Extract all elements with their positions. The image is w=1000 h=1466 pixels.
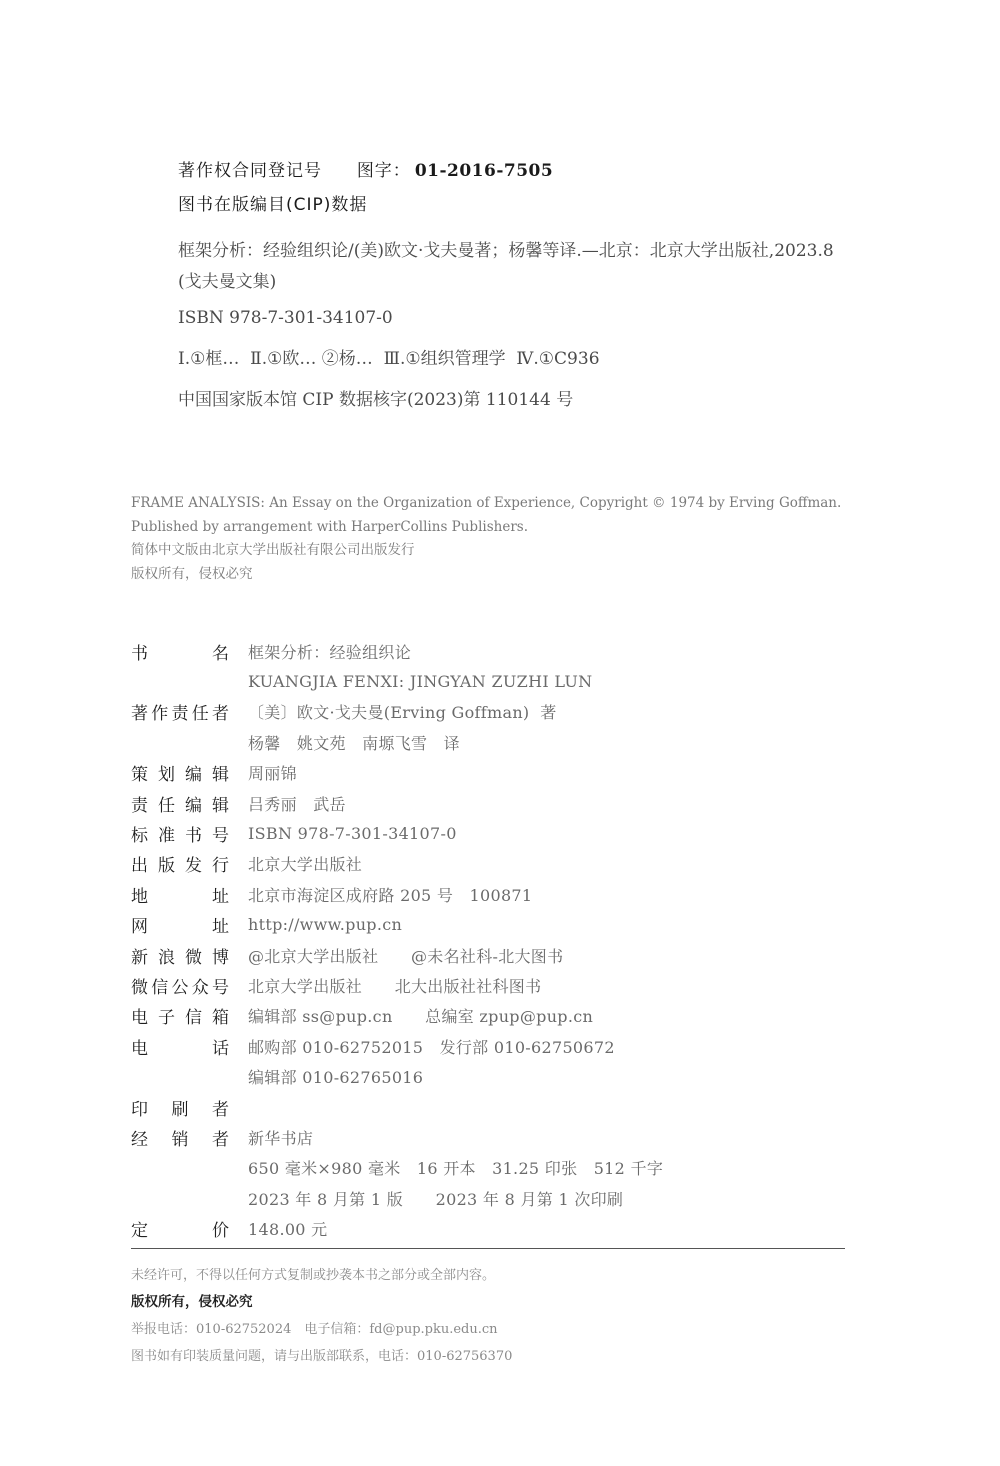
info-label: 电子信箱 — [131, 1003, 229, 1028]
info-label: 地址 — [131, 882, 229, 907]
cip-title: 图书在版编目(CIP)数据 — [178, 190, 367, 215]
info-row: 策划编辑周丽锦 — [131, 758, 663, 788]
info-label: 定价 — [131, 1216, 229, 1241]
info-row: 责任编辑吕秀丽 武岳 — [131, 788, 663, 818]
info-label: 经销者 — [131, 1125, 229, 1150]
copyright-page: 著作权合同登记号 图字：01-2016-7505 图书在版编目(CIP)数据 框… — [0, 0, 1000, 1466]
info-label: 新浪微博 — [131, 943, 229, 968]
info-value: 2023 年 8 月第 1 版 2023 年 8 月第 1 次印刷 — [248, 1187, 623, 1210]
info-row: 经销者新华书店 — [131, 1122, 663, 1152]
info-row: 新浪微博@北京大学出版社 @未名社科-北大图书 — [131, 940, 663, 970]
registration-number: 01-2016-7505 — [415, 161, 553, 181]
info-label: 责任编辑 — [131, 791, 229, 816]
info-value: 框架分析：经验组织论 — [248, 640, 411, 663]
cip-isbn: ISBN 978-7-301-34107-0 — [131, 303, 845, 334]
info-row: 著作责任者〔美〕欧文·戈夫曼(Erving Goffman) 著 — [131, 697, 663, 727]
info-value: 吕秀丽 武岳 — [248, 792, 346, 815]
info-row: KUANGJIA FENXI: JINGYAN ZUZHI LUN — [131, 666, 663, 696]
info-row: 印刷者 — [131, 1092, 663, 1122]
info-value: 编辑部 ss@pup.cn 总编室 zpup@pup.cn — [248, 1004, 593, 1027]
info-row: 出版发行北京大学出版社 — [131, 849, 663, 879]
info-value: http://www.pup.cn — [248, 915, 402, 934]
info-label: 策划编辑 — [131, 760, 229, 785]
info-value: 650 毫米×980 毫米 16 开本 31.25 印张 512 千字 — [248, 1156, 663, 1179]
info-label: 出版发行 — [131, 851, 229, 876]
rights-notice: 版权所有，侵权必究 — [131, 1289, 512, 1316]
info-row: 网址http://www.pup.cn — [131, 910, 663, 940]
cip-main-entry: 框架分析：经验组织论/(美)欧文·戈夫曼著；杨馨等译.—北京：北京大学出版社,2… — [131, 236, 845, 267]
info-label: 著作责任者 — [131, 699, 229, 724]
info-label: 网址 — [131, 912, 229, 937]
info-value: 编辑部 010-62765016 — [248, 1065, 423, 1088]
info-row: 地址北京市海淀区成府路 205 号 100871 — [131, 879, 663, 909]
divider — [131, 1248, 845, 1249]
registration-prefix: 图字： — [357, 161, 411, 181]
info-row: 650 毫米×980 毫米 16 开本 31.25 印张 512 千字 — [131, 1153, 663, 1183]
cip-classification: Ⅰ.①框… Ⅱ.①欧… ②杨… Ⅲ.①组织管理学 Ⅳ.①C936 — [131, 344, 845, 375]
cip-data: 框架分析：经验组织论/(美)欧文·戈夫曼著；杨馨等译.—北京：北京大学出版社,2… — [131, 236, 845, 416]
rights-reserved: 版权所有，侵权必究 — [131, 563, 851, 587]
registration-label: 著作权合同登记号 — [178, 161, 322, 181]
info-value: ISBN 978-7-301-34107-0 — [248, 824, 457, 843]
copyright-notice: FRAME ANALYSIS: An Essay on the Organiza… — [131, 492, 851, 586]
info-value: 北京市海淀区成府路 205 号 100871 — [248, 883, 532, 906]
copyright-registration: 著作权合同登记号 图字：01-2016-7505 — [178, 156, 553, 181]
reproduction-notice: 未经许可，不得以任何方式复制或抄袭本书之部分或全部内容。 — [131, 1262, 512, 1289]
arrangement-note: Published by arrangement with HarperColl… — [131, 516, 851, 540]
report-contact: 举报电话：010-62752024 电子信箱：fd@pup.pku.edu.cn — [131, 1316, 512, 1343]
info-value: 148.00 元 — [248, 1217, 327, 1240]
info-row: 电话邮购部 010-62752015 发行部 010-62750672 — [131, 1031, 663, 1061]
info-label: 电话 — [131, 1034, 229, 1059]
info-row: 编辑部 010-62765016 — [131, 1061, 663, 1091]
info-row: 2023 年 8 月第 1 版 2023 年 8 月第 1 次印刷 — [131, 1183, 663, 1213]
info-value: 杨馨 姚文苑 南塬飞雪 译 — [248, 731, 460, 754]
info-label: 书名 — [131, 639, 229, 664]
info-value: KUANGJIA FENXI: JINGYAN ZUZHI LUN — [248, 672, 592, 691]
info-row: 标准书号ISBN 978-7-301-34107-0 — [131, 818, 663, 848]
cip-series: (戈夫曼文集) — [131, 267, 845, 298]
info-label: 印刷者 — [131, 1095, 229, 1120]
info-row: 书名框架分析：经验组织论 — [131, 636, 663, 666]
info-row: 杨馨 姚文苑 南塬飞雪 译 — [131, 727, 663, 757]
quality-contact: 图书如有印装质量问题，请与出版部联系，电话：010-62756370 — [131, 1343, 512, 1370]
cip-verification: 中国国家版本馆 CIP 数据核字(2023)第 110144 号 — [131, 385, 845, 416]
info-value: 北京大学出版社 北大出版社社科图书 — [248, 974, 541, 997]
info-value: 周丽锦 — [248, 761, 297, 784]
info-value: 邮购部 010-62752015 发行部 010-62750672 — [248, 1035, 615, 1058]
publisher-note: 简体中文版由北京大学出版社有限公司出版发行 — [131, 539, 851, 563]
original-copyright: FRAME ANALYSIS: An Essay on the Organiza… — [131, 492, 851, 516]
info-value: 北京大学出版社 — [248, 852, 362, 875]
info-value: 〔美〕欧文·戈夫曼(Erving Goffman) 著 — [248, 700, 557, 723]
info-label: 标准书号 — [131, 821, 229, 846]
footer-notices: 未经许可，不得以任何方式复制或抄袭本书之部分或全部内容。 版权所有，侵权必究 举… — [131, 1262, 512, 1370]
info-value: @北京大学出版社 @未名社科-北大图书 — [248, 944, 563, 967]
publication-info-table: 书名框架分析：经验组织论KUANGJIA FENXI: JINGYAN ZUZH… — [131, 636, 663, 1244]
info-value: 新华书店 — [248, 1126, 313, 1149]
info-row: 微信公众号北京大学出版社 北大出版社社科图书 — [131, 970, 663, 1000]
info-label: 微信公众号 — [131, 973, 229, 998]
info-row: 定价148.00 元 — [131, 1213, 663, 1243]
info-row: 电子信箱编辑部 ss@pup.cn 总编室 zpup@pup.cn — [131, 1001, 663, 1031]
